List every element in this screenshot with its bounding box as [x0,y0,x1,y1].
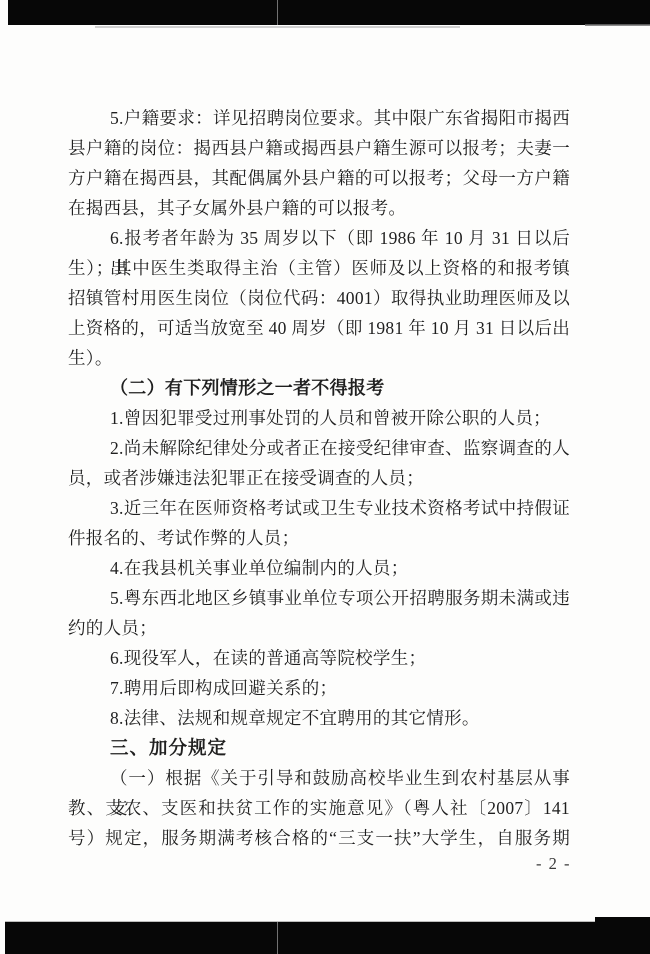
page-number: - 2 - [536,854,571,874]
scan-artifact-corner [595,917,650,954]
text-line: 县户籍的岗位：揭西县户籍或揭西县户籍生源可以报考；夫妻一 [68,133,570,163]
scan-seam-line [277,0,278,25]
scan-smudge [95,26,460,28]
text-line: （一）根据《关于引导和鼓励高校毕业生到农村基层从事支 [68,763,570,793]
text-line: 4.在我县机关事业单位编制内的人员； [68,553,570,583]
text-line: 上资格的，可适当放宽至 40 周岁（即 1981 年 10 月 31 日以后出 [68,313,570,343]
text-line: 员，或者涉嫌违法犯罪正在接受调查的人员； [68,463,570,493]
scan-seam-line [277,922,278,954]
text-line: 5.户籍要求：详见招聘岗位要求。其中限广东省揭阳市揭西 [68,103,570,133]
section-heading: （二）有下列情形之一者不得报考 [68,373,570,403]
section-heading: 三、加分规定 [68,733,570,763]
text-line: 6.报考者年龄为 35 周岁以下（即 1986 年 10 月 31 日以后出 [68,223,570,253]
text-line: 6.现役军人，在读的普通高等院校学生； [68,643,570,673]
text-line: 方户籍在揭西县，其配偶属外县户籍的可以报考；父母一方户籍 [68,163,570,193]
text-line: 招镇管村用医生岗位（岗位代码：4001）取得执业助理医师及以 [68,283,570,313]
document-body: 5.户籍要求：详见招聘岗位要求。其中限广东省揭阳市揭西县户籍的岗位：揭西县户籍或… [68,103,570,853]
text-line: 件报名的、考试作弊的人员； [68,523,570,553]
scan-artifact-top-bar [8,0,650,25]
text-line: 教、支农、支医和扶贫工作的实施意见》（粤人社〔2007〕141 [68,793,570,823]
text-line: 7.聘用后即构成回避关系的； [68,673,570,703]
text-line: 生）；其中医生类取得主治（主管）医师及以上资格的和报考镇 [68,253,570,283]
scanned-document-page: 5.户籍要求：详见招聘岗位要求。其中限广东省揭阳市揭西县户籍的岗位：揭西县户籍或… [0,0,650,954]
text-line: 8.法律、法规和规章规定不宜聘用的其它情形。 [68,703,570,733]
text-line: 5.粤东西北地区乡镇事业单位专项公开招聘服务期未满或违 [68,583,570,613]
text-line: 2.尚未解除纪律处分或者正在接受纪律审查、监察调查的人 [68,433,570,463]
scan-smudge [585,24,650,26]
text-line: 生）。 [68,343,570,373]
text-line: 号）规定，服务期满考核合格的“三支一扶”大学生，自服务期 [68,823,570,853]
text-line: 在揭西县，其子女属外县户籍的可以报考。 [68,193,570,223]
text-line: 1.曾因犯罪受过刑事处罚的人员和曾被开除公职的人员； [68,403,570,433]
text-line: 约的人员； [68,613,570,643]
scan-artifact-bottom-bar [5,922,650,954]
text-line: 3.近三年在医师资格考试或卫生专业技术资格考试中持假证 [68,493,570,523]
